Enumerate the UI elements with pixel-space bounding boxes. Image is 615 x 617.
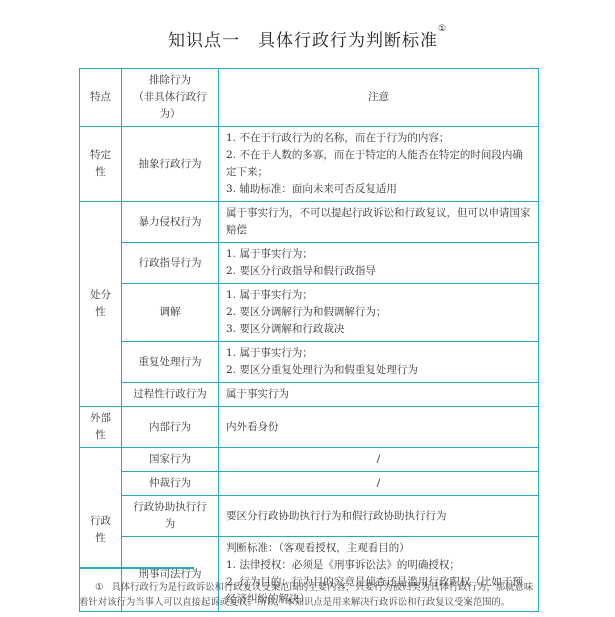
- notes-cell: 属于事实行为: [219, 383, 539, 407]
- excluded-cell: 行政协助执行行为: [122, 496, 219, 537]
- header-excluded: 排除行为 （非具体行政行为）: [122, 69, 219, 127]
- feature-cell: 处分性: [80, 202, 122, 407]
- table-row: 重复处理行为 1. 属于事实行为； 2. 要区分重复处理行为和假重复处理行为: [80, 342, 539, 383]
- notes-cell: 1. 属于事实行为； 2. 要区分重复处理行为和假重复处理行为: [219, 342, 539, 383]
- table-header-row: 特点 排除行为 （非具体行政行为） 注意: [80, 69, 539, 127]
- feature-cell: 特定性: [80, 127, 122, 202]
- excluded-cell: 抽象行政行为: [122, 127, 219, 202]
- notes-cell: 属于事实行为，不可以提起行政诉讼和行政复议，但可以申请国家赔偿: [219, 202, 539, 243]
- excluded-cell: 行政指导行为: [122, 243, 219, 284]
- header-feature: 特点: [80, 69, 122, 127]
- feature-cell: 外部性: [80, 407, 122, 448]
- footnote: ①具体行政行为是行政诉讼和行政复议受案范围的主要内容，只要行为被归类为具体行政行…: [79, 580, 541, 610]
- table-row: 特定性 抽象行政行为 1. 不在于行政行为的名称，而在于行为的内容； 2. 不在…: [80, 127, 539, 202]
- title-part1: 知识点一: [168, 31, 240, 51]
- table-row: 行政协助执行行为 要区分行政协助执行行为和假行政协助执行行为: [80, 496, 539, 537]
- notes-cell: 1. 属于事实行为； 2. 要区分调解行为和假调解行为； 3. 要区分调解和行政…: [219, 284, 539, 342]
- excluded-cell: 仲裁行为: [122, 472, 219, 496]
- table-row: 仲裁行为 /: [80, 472, 539, 496]
- table-row: 行政性 国家行为 /: [80, 448, 539, 472]
- footnote-mark: ①: [95, 582, 103, 593]
- notes-cell: 1. 属于事实行为； 2. 要区分行政指导和假行政指导: [219, 243, 539, 284]
- notes-cell: 内外看身份: [219, 407, 539, 448]
- notes-cell: /: [219, 472, 539, 496]
- table-row: 过程性行政行为 属于事实行为: [80, 383, 539, 407]
- notes-cell: 要区分行政协助执行行为和假行政协助执行行为: [219, 496, 539, 537]
- table-row: 外部性 内部行为 内外看身份: [80, 407, 539, 448]
- excluded-cell: 过程性行政行为: [122, 383, 219, 407]
- excluded-cell: 调解: [122, 284, 219, 342]
- footnote-divider: [79, 567, 194, 569]
- criteria-table: 特点 排除行为 （非具体行政行为） 注意 特定性 抽象行政行为 1. 不在于行政…: [79, 68, 539, 612]
- excluded-cell: 重复处理行为: [122, 342, 219, 383]
- title-part2: 具体行政行为判断标准: [258, 31, 438, 51]
- page-title: 知识点一具体行政行为判断标准①: [0, 26, 615, 51]
- table-row: 行政指导行为 1. 属于事实行为； 2. 要区分行政指导和假行政指导: [80, 243, 539, 284]
- table-row: 调解 1. 属于事实行为； 2. 要区分调解行为和假调解行为； 3. 要区分调解…: [80, 284, 539, 342]
- notes-cell: /: [219, 448, 539, 472]
- excluded-cell: 国家行为: [122, 448, 219, 472]
- footnote-text: 具体行政行为是行政诉讼和行政复议受案范围的主要内容，只要行为被归类为具体行政行为…: [79, 582, 533, 608]
- notes-cell: 1. 不在于行政行为的名称，而在于行为的内容； 2. 不在于人数的多寡，而在于特…: [219, 127, 539, 202]
- table-row: 处分性 暴力侵权行为 属于事实行为，不可以提起行政诉讼和行政复议，但可以申请国家…: [80, 202, 539, 243]
- excluded-cell: 内部行为: [122, 407, 219, 448]
- excluded-cell: 暴力侵权行为: [122, 202, 219, 243]
- header-notes: 注意: [219, 69, 539, 127]
- footnote-reference[interactable]: ①: [438, 24, 447, 34]
